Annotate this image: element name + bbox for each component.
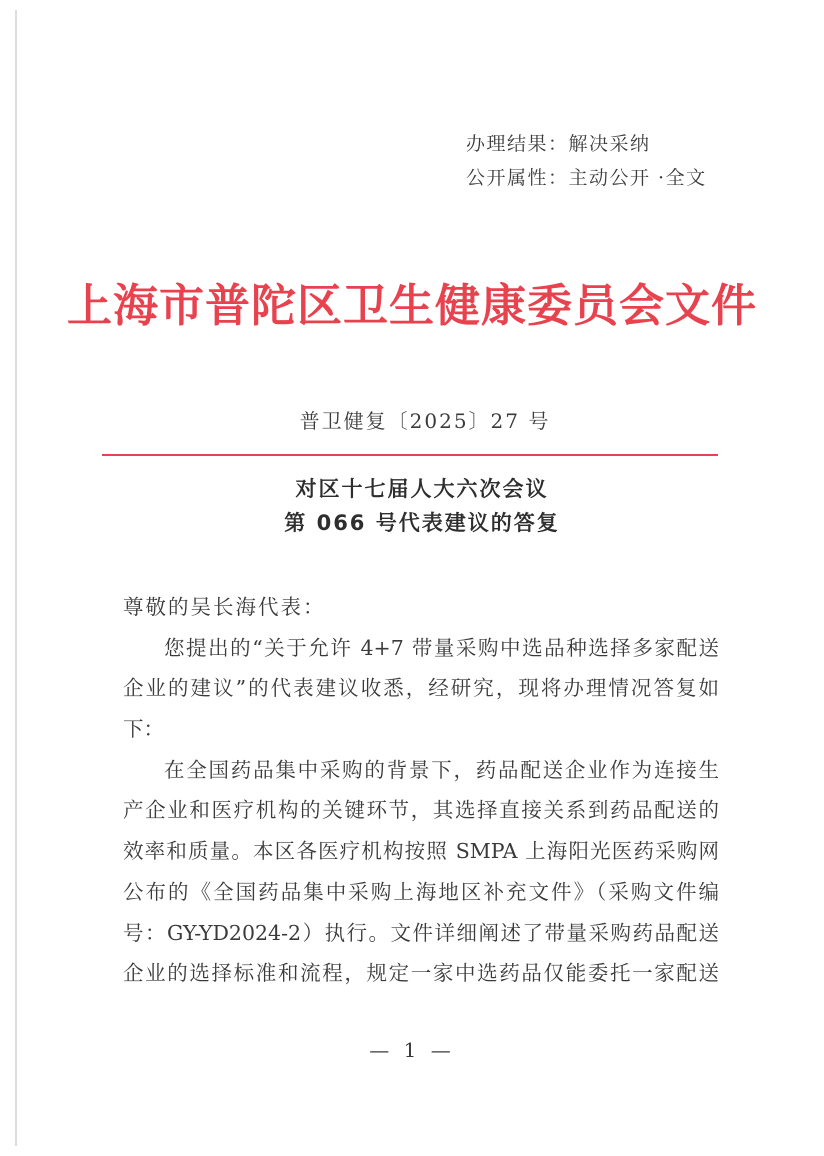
organization-title: 上海市普陀区卫生健康委员会文件 [0, 278, 824, 334]
document-subject: 对区十七届人大六次会议 第 066 号代表建议的答复 [0, 472, 824, 540]
page-number: — 1 — [0, 1038, 824, 1062]
page-edge-line [15, 10, 17, 1146]
document-body: 尊敬的吴长海代表： 您提出的“关于允许 4+7 带量采购中选品种选择多家配送 企… [123, 587, 719, 994]
document-metadata: 办理结果：解决采纳 公开属性：主动公开 ·全文 [466, 127, 707, 195]
body-line: 效率和质量。本区各医疗机构按照 SMPA 上海阳光医药采购网 [123, 831, 719, 872]
body-line: 公布的《全国药品集中采购上海地区补充文件》（采购文件编 [123, 872, 719, 913]
body-line: 产企业和医疗机构的关键环节，其选择直接关系到药品配送的 [123, 790, 719, 831]
disclosure-value: 主动公开 ·全文 [569, 167, 707, 189]
subject-line-2: 第 066 号代表建议的答复 [20, 506, 824, 540]
handling-result: 办理结果：解决采纳 [466, 127, 707, 161]
salutation: 尊敬的吴长海代表： [123, 587, 719, 628]
body-line: 号：GY-YD2024-2）执行。文件详细阐述了带量采购药品配送 [123, 913, 719, 954]
disclosure-label: 公开属性： [466, 167, 569, 189]
disclosure-attribute: 公开属性：主动公开 ·全文 [466, 161, 707, 195]
body-line: 下： [123, 709, 719, 750]
body-line: 您提出的“关于允许 4+7 带量采购中选品种选择多家配送 [123, 628, 719, 669]
handling-result-label: 办理结果： [466, 133, 569, 155]
subject-line-1: 对区十七届人大六次会议 [20, 472, 824, 506]
body-line: 企业的建议”的代表建议收悉，经研究，现将办理情况答复如 [123, 668, 719, 709]
body-line: 企业的选择标准和流程，规定一家中选药品仅能委托一家配送 [123, 953, 719, 994]
body-line: 在全国药品集中采购的背景下，药品配送企业作为连接生 [123, 750, 719, 791]
document-number: 普卫健复〔2025〕27 号 [0, 405, 824, 434]
handling-result-value: 解决采纳 [569, 133, 651, 155]
red-divider [102, 454, 718, 456]
